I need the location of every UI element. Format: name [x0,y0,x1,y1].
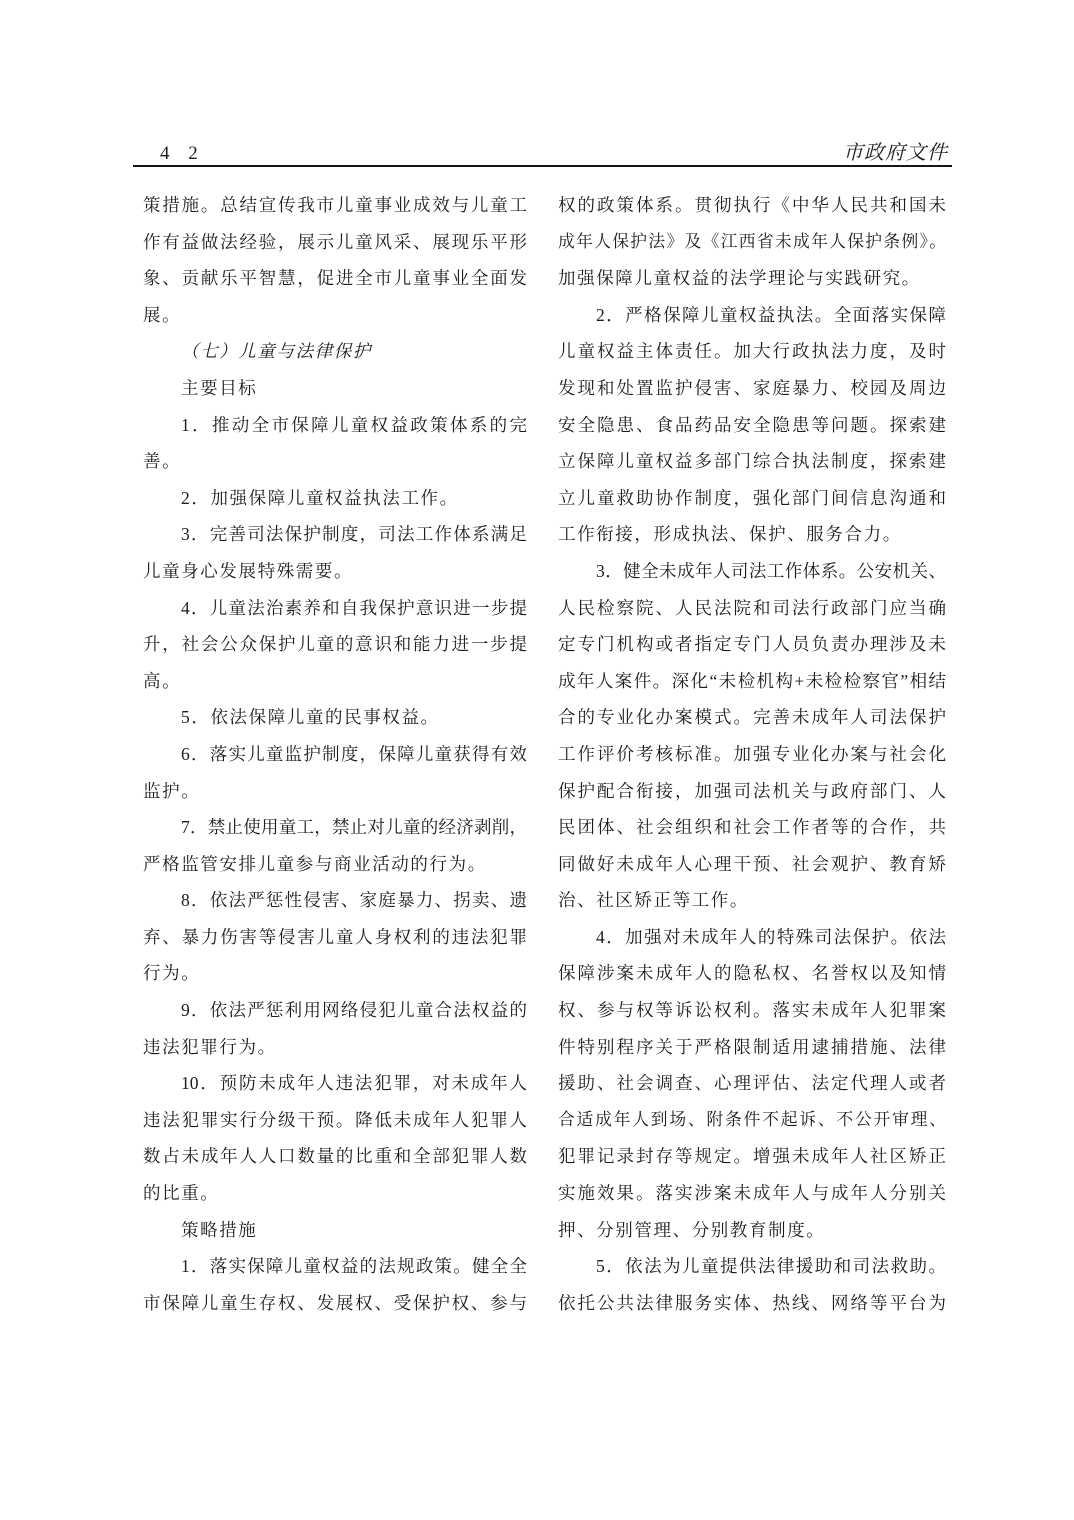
text-line: 严格监管安排儿童参与商业活动的行为。 [143,846,527,883]
text-line: 3．健全未成年人司法工作体系。公安机关、 [558,553,946,590]
text-line: 象、贡献乐平智慧，促进全市儿童事业全面发 [143,260,527,297]
text-line: 治、社区矫正等工作。 [558,882,946,919]
text-line: 违法犯罪实行分级干预。降低未成年人犯罪人 [143,1102,527,1139]
text-line: 权、参与权等诉讼权利。落实未成年人犯罪案 [558,992,946,1029]
text-line: 的比重。 [143,1175,527,1212]
text-line: 工作衔接，形成执法、保护、服务合力。 [558,516,946,553]
text-line: 实施效果。落实涉案未成年人与成年人分别关 [558,1175,946,1212]
text-line: 4．儿童法治素养和自我保护意识进一步提 [143,590,527,627]
text-line: 定专门机构或者指定专门人员负责办理涉及未 [558,626,946,663]
text-line: 工作评价考核标准。加强专业化办案与社会化 [558,736,946,773]
text-line: 7．禁止使用童工，禁止对儿童的经济剥削， [143,809,527,846]
text-line: 押、分别管理、分别教育制度。 [558,1212,946,1249]
text-line: 策略措施 [143,1212,527,1249]
text-line: 6．落实儿童监护制度，保障儿童获得有效 [143,736,527,773]
text-line: 1．落实保障儿童权益的法规政策。健全全 [143,1248,527,1285]
text-line: 主要目标 [143,370,527,407]
text-line: 儿童身心发展特殊需要。 [143,553,527,590]
text-line: 安全隐患、食品药品安全隐患等问题。探索建 [558,407,946,444]
text-line: 2．严格保障儿童权益执法。全面落实保障 [558,297,946,334]
document-page: 4 2 市政府文件 策措施。总结宣传我市儿童事业成效与儿童工作有益做法经验，展示… [0,0,1074,1520]
text-line: 高。 [143,663,527,700]
text-line: 1．推动全市保障儿童权益政策体系的完 [143,407,527,444]
text-line: 件特别程序关于严格限制适用逮捕措施、法律 [558,1029,946,1066]
text-line: 监护。 [143,773,527,810]
text-line: 弃、暴力伤害等侵害儿童人身权利的违法犯罪 [143,919,527,956]
text-line: 发现和处置监护侵害、家庭暴力、校园及周边 [558,370,946,407]
text-line: 成年人保护法》及《江西省未成年人保护条例》。 [558,224,946,261]
text-line: 合适成年人到场、附条件不起诉、不公开审理、 [558,1102,946,1139]
text-line: 善。 [143,443,527,480]
text-line: 行为。 [143,955,527,992]
left-text-column: 策措施。总结宣传我市儿童事业成效与儿童工作有益做法经验，展示儿童风采、展现乐平形… [143,187,527,1321]
text-line: 民团体、社会组织和社会工作者等的合作，共 [558,809,946,846]
text-line: 10．预防未成年人违法犯罪，对未成年人 [143,1065,527,1102]
text-line: 儿童权益主体责任。加大行政执法力度，及时 [558,333,946,370]
text-line: 人民检察院、人民法院和司法行政部门应当确 [558,590,946,627]
page-number: 4 2 [133,144,205,163]
text-line: 保护配合衔接，加强司法机关与政府部门、人 [558,773,946,810]
text-line: 立儿童救助协作制度，强化部门间信息沟通和 [558,480,946,517]
text-line: 8．依法严惩性侵害、家庭暴力、拐卖、遗 [143,882,527,919]
text-line: 保障涉案未成年人的隐私权、名誉权以及知情 [558,955,946,992]
text-columns: 策措施。总结宣传我市儿童事业成效与儿童工作有益做法经验，展示儿童风采、展现乐平形… [143,187,946,1321]
text-line: 4．加强对未成年人的特殊司法保护。依法 [558,919,946,956]
text-line: 3．完善司法保护制度，司法工作体系满足 [143,516,527,553]
text-line: 权的政策体系。贯彻执行《中华人民共和国未 [558,187,946,224]
text-line: 5．依法为儿童提供法律援助和司法救助。 [558,1248,946,1285]
text-line: 策措施。总结宣传我市儿童事业成效与儿童工 [143,187,527,224]
section-heading-line: （七）儿童与法律保护 [143,333,527,370]
text-line: 犯罪记录封存等规定。增强未成年人社区矫正 [558,1138,946,1175]
text-line: 援助、社会调查、心理评估、法定代理人或者 [558,1065,946,1102]
text-line: 展。 [143,297,527,334]
text-line: 立保障儿童权益多部门综合执法制度，探索建 [558,443,946,480]
text-line: 加强保障儿童权益的法学理论与实践研究。 [558,260,946,297]
text-line: 成年人案件。深化“未检机构+未检检察官”相结 [558,663,946,700]
text-line: 5．依法保障儿童的民事权益。 [143,699,527,736]
header-rule [133,165,952,167]
text-line: 9．依法严惩利用网络侵犯儿童合法权益的 [143,992,527,1029]
page-header: 4 2 市政府文件 [133,133,952,163]
text-line: 市保障儿童生存权、发展权、受保护权、参与 [143,1285,527,1322]
text-line: 违法犯罪行为。 [143,1029,527,1066]
text-line: 2．加强保障儿童权益执法工作。 [143,480,527,517]
right-text-column: 权的政策体系。贯彻执行《中华人民共和国未成年人保护法》及《江西省未成年人保护条例… [558,187,946,1321]
text-line: 同做好未成年人心理干预、社会观护、教育矫 [558,846,946,883]
text-line: 合的专业化办案模式。完善未成年人司法保护 [558,699,946,736]
text-line: 作有益做法经验，展示儿童风采、展现乐平形 [143,224,527,261]
text-line: 数占未成年人人口数量的比重和全部犯罪人数 [143,1138,527,1175]
text-line: 升，社会公众保护儿童的意识和能力进一步提 [143,626,527,663]
header-doc-label: 市政府文件 [843,143,952,163]
text-line: 依托公共法律服务实体、热线、网络等平台为 [558,1285,946,1322]
